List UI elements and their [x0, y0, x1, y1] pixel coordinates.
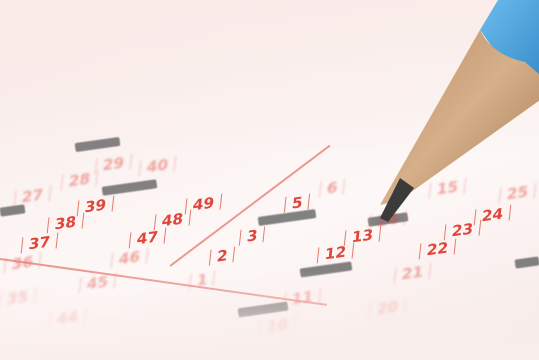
ticket-number-cell: 28: [61, 170, 98, 191]
ticket-number-cell: 46: [111, 248, 148, 269]
ticket-number-cell: 22: [419, 239, 456, 260]
pencil-mark: [514, 256, 539, 268]
pencil-icon: [380, 0, 539, 230]
ticket-number-cell: 40: [139, 156, 176, 177]
background-blur-bottom: [0, 270, 539, 360]
ticket-number-cell: 38: [47, 213, 84, 234]
ticket-number-cell: 47: [129, 228, 166, 249]
ticket-number-cell: 48: [154, 210, 191, 231]
ticket-number-cell: 2: [209, 246, 236, 265]
lottery-ticket-photo: 3949384837475313232421222463645351112120…: [0, 0, 539, 360]
pencil-mark: [102, 179, 158, 196]
ticket-number-cell: 12: [317, 243, 354, 264]
ticket-number-cell: 29: [95, 154, 132, 175]
ticket-number-cell: 27: [14, 186, 51, 207]
ticket-number-cell: 6: [319, 178, 346, 197]
ticket-number-cell: 37: [21, 233, 58, 254]
ticket-number-cell: 3: [239, 226, 266, 245]
